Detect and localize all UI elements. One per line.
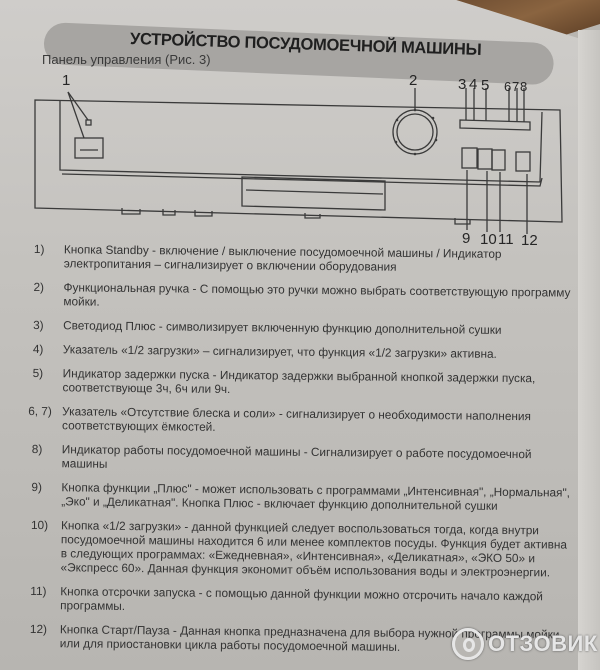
callout-7: 7 xyxy=(512,79,519,94)
list-item: 8)Индикатор работы посудомоечной машины … xyxy=(32,442,572,476)
item-text: Кнопка функции „Плюс" - может использова… xyxy=(61,480,570,513)
item-number: 10) xyxy=(31,518,48,532)
item-text: Индикатор задержки пуска - Индикатор зад… xyxy=(62,366,535,396)
callout-6: 6 xyxy=(504,79,511,94)
list-item: 1)Кнопка Standby - включение / выключени… xyxy=(34,242,574,276)
standby-led-shape xyxy=(86,120,91,125)
start-pause-button-shape xyxy=(516,152,530,171)
item-number: 5) xyxy=(33,366,44,380)
callout-4: 4 xyxy=(469,76,477,93)
callout-10: 10 xyxy=(480,231,497,248)
item-number: 4) xyxy=(33,342,44,356)
standby-button-shape xyxy=(75,138,103,158)
indicator-strip-shape xyxy=(460,120,530,130)
plus-button-shape xyxy=(462,148,477,168)
callout-8: 8 xyxy=(520,79,527,94)
list-item: 3)Светодиод Плюс - символизирует включен… xyxy=(33,318,573,338)
control-panel-diagram: 1 2 3 4 5 6 7 8 9 10 11 12 xyxy=(0,70,600,250)
item-text: Кнопка «1/2 загрузки» - данной функцией … xyxy=(61,518,568,579)
control-panel-drawing xyxy=(0,70,600,250)
callout-9: 9 xyxy=(462,230,470,247)
callout-5: 5 xyxy=(481,77,489,94)
callout-3: 3 xyxy=(458,76,466,93)
watermark-text: ОТЗОВИК xyxy=(488,631,598,657)
delay-button-shape xyxy=(492,150,505,170)
item-text: Функциональная ручка - С помощью это руч… xyxy=(63,280,570,308)
half-load-button-shape xyxy=(478,149,492,169)
item-text: Индикатор работы посудомоечной машины - … xyxy=(62,442,532,470)
item-number: 2) xyxy=(33,280,44,294)
list-item: 5)Индикатор задержки пуска - Индикатор з… xyxy=(32,366,572,400)
item-text: Кнопка отсрочки запуска - с помощью данн… xyxy=(60,584,543,613)
callout-11: 11 xyxy=(498,231,514,248)
item-number: 3) xyxy=(33,318,44,332)
item-number: 1) xyxy=(34,242,45,256)
callout-1: 1 xyxy=(62,72,70,89)
item-number: 11) xyxy=(30,584,46,598)
callout-2: 2 xyxy=(409,72,417,89)
legend-list: 1)Кнопка Standby - включение / выключени… xyxy=(30,242,574,666)
program-knob-shape xyxy=(393,110,437,154)
list-item: 4)Указатель «1/2 загрузки» – сигнализиру… xyxy=(33,342,573,362)
list-item: 11)Кнопка отсрочки запуска - с помощью д… xyxy=(30,584,570,618)
item-number: 9) xyxy=(31,480,42,494)
list-item: 2)Функциональная ручка - С помощью это р… xyxy=(33,280,573,314)
item-text: Указатель «Отсутствие блеска и соли» - с… xyxy=(62,404,531,434)
item-number: 12) xyxy=(30,622,47,636)
figure-caption: Панель управления (Рис. 3) xyxy=(42,52,211,67)
otzovik-watermark: ОТЗОВИК xyxy=(452,628,598,660)
otzovik-logo-icon xyxy=(452,628,484,660)
list-item: 6, 7)Указатель «Отсутствие блеска и соли… xyxy=(32,404,572,438)
item-text: Светодиод Плюс - символизирует включенну… xyxy=(63,318,502,337)
item-number: 6, 7) xyxy=(28,404,52,418)
list-item: 10)Кнопка «1/2 загрузки» - данной функци… xyxy=(31,518,572,580)
item-text: Указатель «1/2 загрузки» – сигнализирует… xyxy=(63,342,497,361)
item-text: Кнопка Standby - включение / выключение … xyxy=(64,242,502,273)
list-item: 9)Кнопка функции „Плюс" - может использо… xyxy=(31,480,571,514)
item-number: 8) xyxy=(32,442,43,456)
